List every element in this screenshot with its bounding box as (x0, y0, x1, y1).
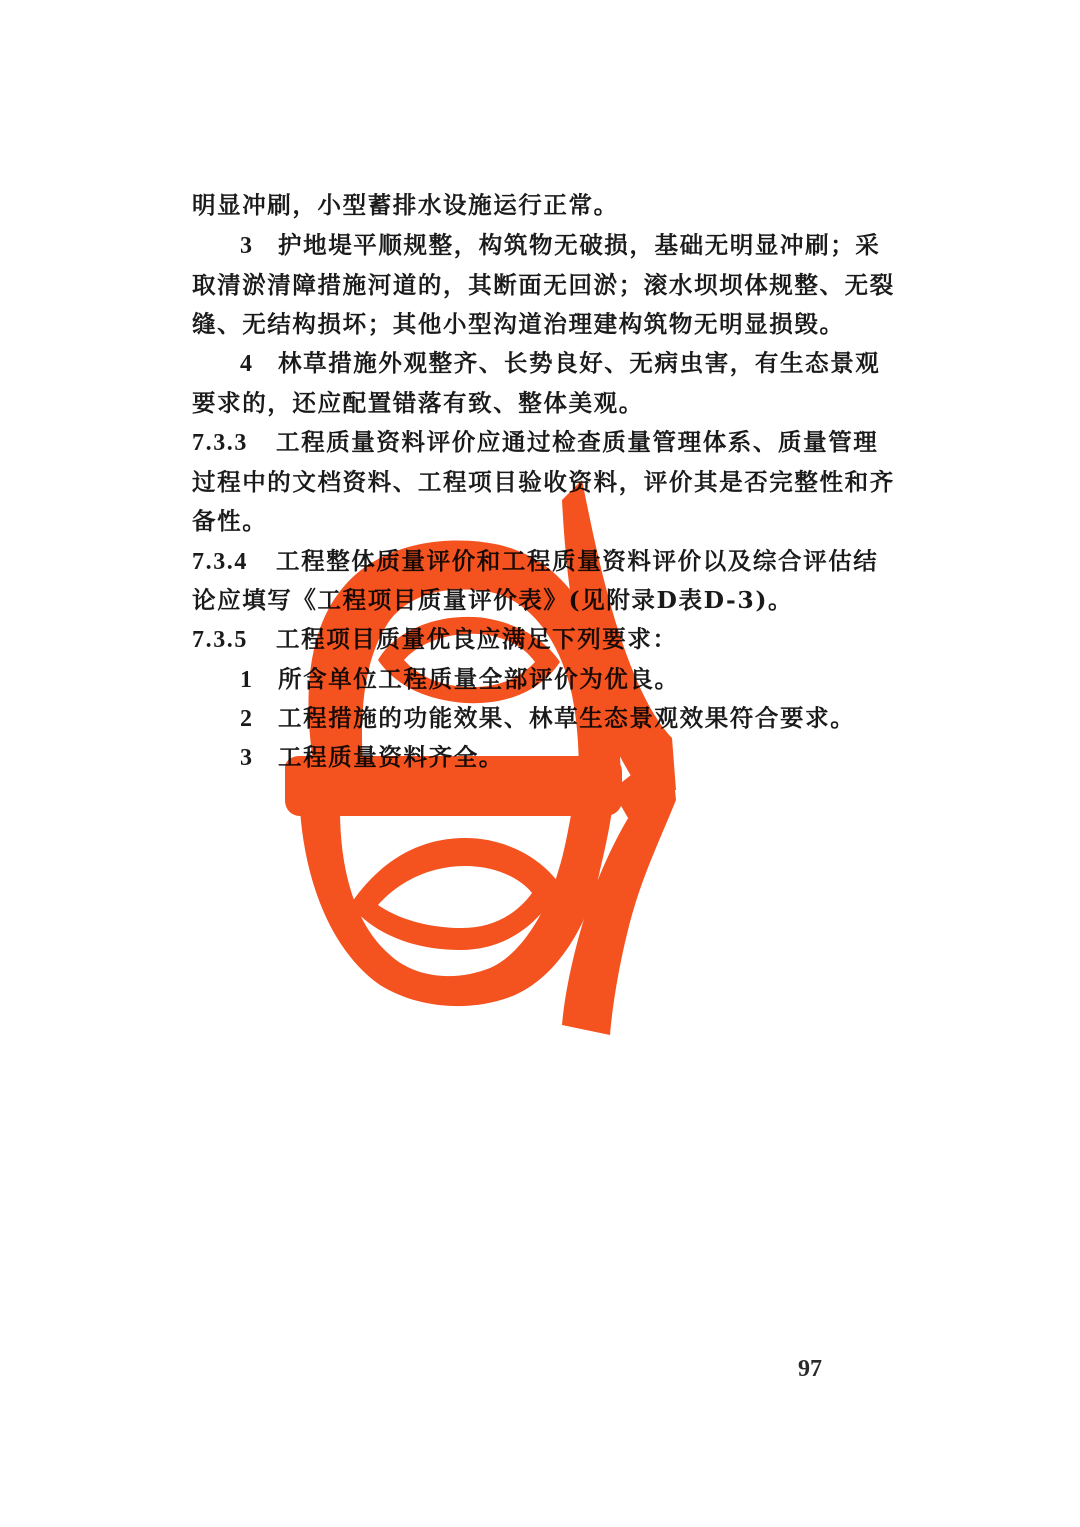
clause-number: 7.3.3 (192, 423, 276, 463)
paragraph-line: 要求的，还应配置错落有致、整体美观。 (192, 383, 854, 423)
text-line-5: 林草措施外观整齐、长势良好、无病虫害，有生态景观 (278, 349, 880, 377)
text-line-6: 要求的，还应配置错落有致、整体美观。 (192, 389, 644, 417)
text-line-14: 工程措施的功能效果、林草生态景观效果符合要求。 (278, 704, 855, 732)
item-number: 2 (240, 699, 278, 739)
item-number: 3 (240, 226, 278, 266)
item-number: 4 (240, 344, 278, 384)
page-number: 97 (798, 1356, 822, 1383)
item-number: 3 (240, 738, 278, 778)
paragraph-line: 过程中的文档资料、工程项目验收资料，评价其是否完整性和齐 (192, 462, 854, 502)
clause-number: 7.3.5 (192, 620, 276, 660)
clause-7-3-4: 7.3.4工程整体质量评价和工程质量资料评价以及综合评估结 (192, 541, 854, 581)
sub-item-2: 2工程措施的功能效果、林草生态景观效果符合要求。 (240, 698, 854, 738)
text-line-13: 所含单位工程质量全部评价为优良。 (278, 665, 680, 693)
text-line-1: 明显冲刷，小型蓄排水设施运行正常。 (192, 191, 619, 219)
paragraph-line: 备性。 (192, 501, 854, 541)
text-line-2: 护地堤平顺规整，构筑物无破损，基础无明显冲刷；采 (278, 231, 880, 259)
text-line-7: 工程质量资料评价应通过检查质量管理体系、质量管理 (276, 428, 878, 456)
clause-7-3-3: 7.3.3工程质量资料评价应通过检查质量管理体系、质量管理 (192, 422, 854, 462)
sub-item-3: 3工程质量资料齐全。 (240, 737, 854, 777)
paragraph-line: 明显冲刷，小型蓄排水设施运行正常。 (192, 185, 854, 225)
item-number: 1 (240, 660, 278, 700)
text-line-9: 备性。 (192, 507, 267, 535)
text-line-3: 取清淤清障措施河道的，其断面无回淤；滚水坝坝体规整、无裂 (192, 271, 895, 299)
paragraph-line: 取清淤清障措施河道的，其断面无回淤；滚水坝坝体规整、无裂 (192, 265, 854, 305)
paragraph-line: 缝、无结构损坏；其他小型沟道治理建构筑物无明显损毁。 (192, 304, 854, 344)
text-line-11: 论应填写《工程项目质量评价表》(见附录D表D-3)。 (192, 586, 793, 614)
text-line-10: 工程整体质量评价和工程质量资料评价以及综合评估结 (276, 547, 878, 575)
paragraph-line: 论应填写《工程项目质量评价表》(见附录D表D-3)。 (192, 580, 854, 620)
text-line-4: 缝、无结构损坏；其他小型沟道治理建构筑物无明显损毁。 (192, 310, 845, 338)
document-page: 明显冲刷，小型蓄排水设施运行正常。 3护地堤平顺规整，构筑物无破损，基础无明显冲… (0, 0, 1080, 1527)
text-line-8: 过程中的文档资料、工程项目验收资料，评价其是否完整性和齐 (192, 468, 895, 496)
list-item-3: 3护地堤平顺规整，构筑物无破损，基础无明显冲刷；采 (240, 225, 854, 265)
sub-item-1: 1所含单位工程质量全部评价为优良。 (240, 659, 854, 699)
text-line-15: 工程质量资料齐全。 (278, 743, 504, 771)
clause-number: 7.3.4 (192, 542, 276, 582)
clause-7-3-5: 7.3.5工程项目质量优良应满足下列要求： (192, 619, 854, 659)
text-line-12: 工程项目质量优良应满足下列要求： (276, 625, 678, 653)
list-item-4: 4林草措施外观整齐、长势良好、无病虫害，有生态景观 (240, 343, 854, 383)
